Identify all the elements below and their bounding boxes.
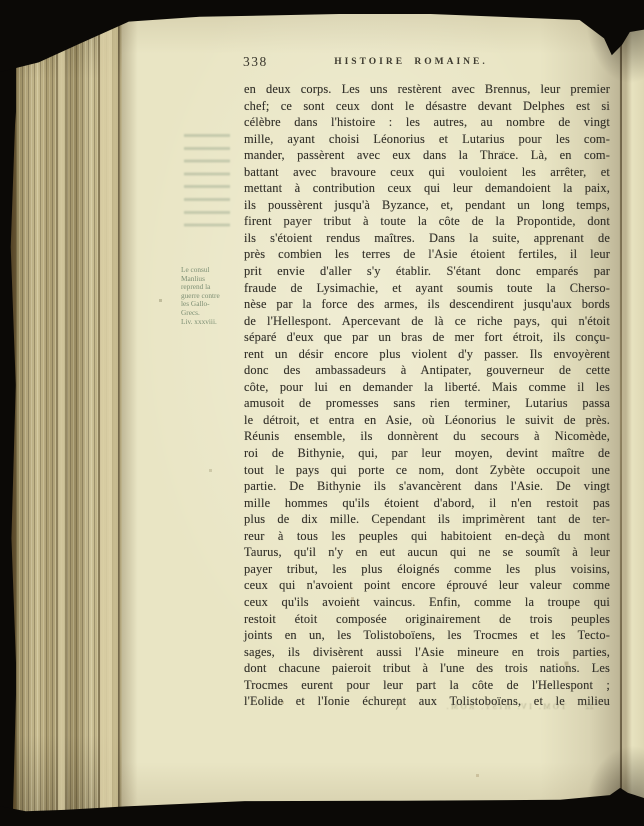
body-text-line: mille, ayant choisi Léonorius et Lutariu… <box>244 131 610 148</box>
book-photo-page: { "page": { "number": "338", "running_ti… <box>0 0 644 826</box>
body-text-line: célèbre dans l'histoire : les autres, au… <box>244 114 610 131</box>
body-text-line: plus de dix mille. Cependant ils imprimè… <box>244 511 610 528</box>
body-text-line: mander, passèrent avec eux dans la Thrac… <box>244 147 610 164</box>
body-text: en deux corps. Les uns restèrent avec Br… <box>244 81 610 710</box>
body-text-line: ils poussèrent jusqu'à Byzance, et, pend… <box>244 197 610 214</box>
margin-note-line: Liv. xxxviii. <box>181 318 233 327</box>
page-edge-strip <box>98 22 120 812</box>
body-text-line: rent un désir encore plus violent d'y pa… <box>244 346 610 363</box>
page-edge-strip <box>56 30 68 812</box>
body-text-line: joints en un, les Tolistoboïens, les Tro… <box>244 627 610 644</box>
body-text-line: restoit étoit composée originairement de… <box>244 611 610 628</box>
body-text-line: sages, ils divisèrent aussi l'Asie mineu… <box>244 644 610 661</box>
body-text-line: séparé d'eux que par un bras de mer fort… <box>244 329 610 346</box>
running-title: HISTOIRE ROMAINE. <box>228 57 594 67</box>
body-text-line: ceux qui n'avoient point encore éprouvé … <box>244 577 610 594</box>
body-text-line: en deux corps. Les uns restèrent avec Br… <box>244 81 610 98</box>
body-text-line: reur à tous les peuples qui habitoient e… <box>244 528 610 545</box>
body-text-line: nèse par la force des armes, ils descend… <box>244 296 610 313</box>
body-text-line: ceux qu'ils avoient vaincus. Enfin, comm… <box>244 594 610 611</box>
body-text-line: ils s'étoient rendus maîtres. Dans la su… <box>244 230 610 247</box>
body-text-line: chef; ce sont ceux dont le désastre deva… <box>244 98 610 115</box>
body-text-line: côte, pour lui en demander la liberté. M… <box>244 379 610 396</box>
margin-note: Le consulManliusreprend laguerre contrel… <box>181 266 233 326</box>
body-text-line: Trocmes eurent pour leur part la côte de… <box>244 677 610 694</box>
faint-margin-note-illegible <box>184 130 230 234</box>
body-text-line: battant avec bravoure ceux qui vouloient… <box>244 164 610 181</box>
body-text-line: amusoit de promesses sans rien terminer,… <box>244 395 610 412</box>
body-text-line: donc des ambassadeurs à Antipater, gouve… <box>244 362 610 379</box>
body-text-line: le détroit, et entra en Asie, où Léonori… <box>244 412 610 429</box>
body-text-line: Réunis ensemble, ils donnèrent du secour… <box>244 428 610 445</box>
body-text-line: fraude de Lysimachie, et ayant soumis to… <box>244 280 610 297</box>
body-text-line: payer tribut, les plus éloignés comme le… <box>244 561 610 578</box>
body-text-line: mille hommes qu'ils étoient d'abord, il … <box>244 495 610 512</box>
body-text-line: de l'Hellespont. Apercevant de là ce ric… <box>244 313 610 330</box>
body-text-line: roi de Bithynie, qui, par leur moyen, de… <box>244 445 610 462</box>
body-text-line: tout le pays qui porte ce nom, dont Zybè… <box>244 462 610 479</box>
facing-page-sliver <box>622 26 644 808</box>
body-text-line: près combien les terres de l'Asie étoien… <box>244 246 610 263</box>
showthrough-signature: 22 <box>585 701 594 711</box>
body-text-line: dont chacune paieroit tribut à l'une des… <box>244 660 610 677</box>
showthrough-footer-text: TOM. IV. HIST. ROM. <box>408 702 566 711</box>
body-text-line: partie. De Bithynie ils s'avancèrent dan… <box>244 478 610 495</box>
body-text-line: prit envie d'aller s'y établir. S'étant … <box>244 263 610 280</box>
body-text-line: firent payer tribut à toute la côte de l… <box>244 213 610 230</box>
body-text-line: mettant à contribution ceux qui leur dem… <box>244 180 610 197</box>
body-text-line: Taurus, qu'il n'y en eut aucun qui ne se… <box>244 544 610 561</box>
